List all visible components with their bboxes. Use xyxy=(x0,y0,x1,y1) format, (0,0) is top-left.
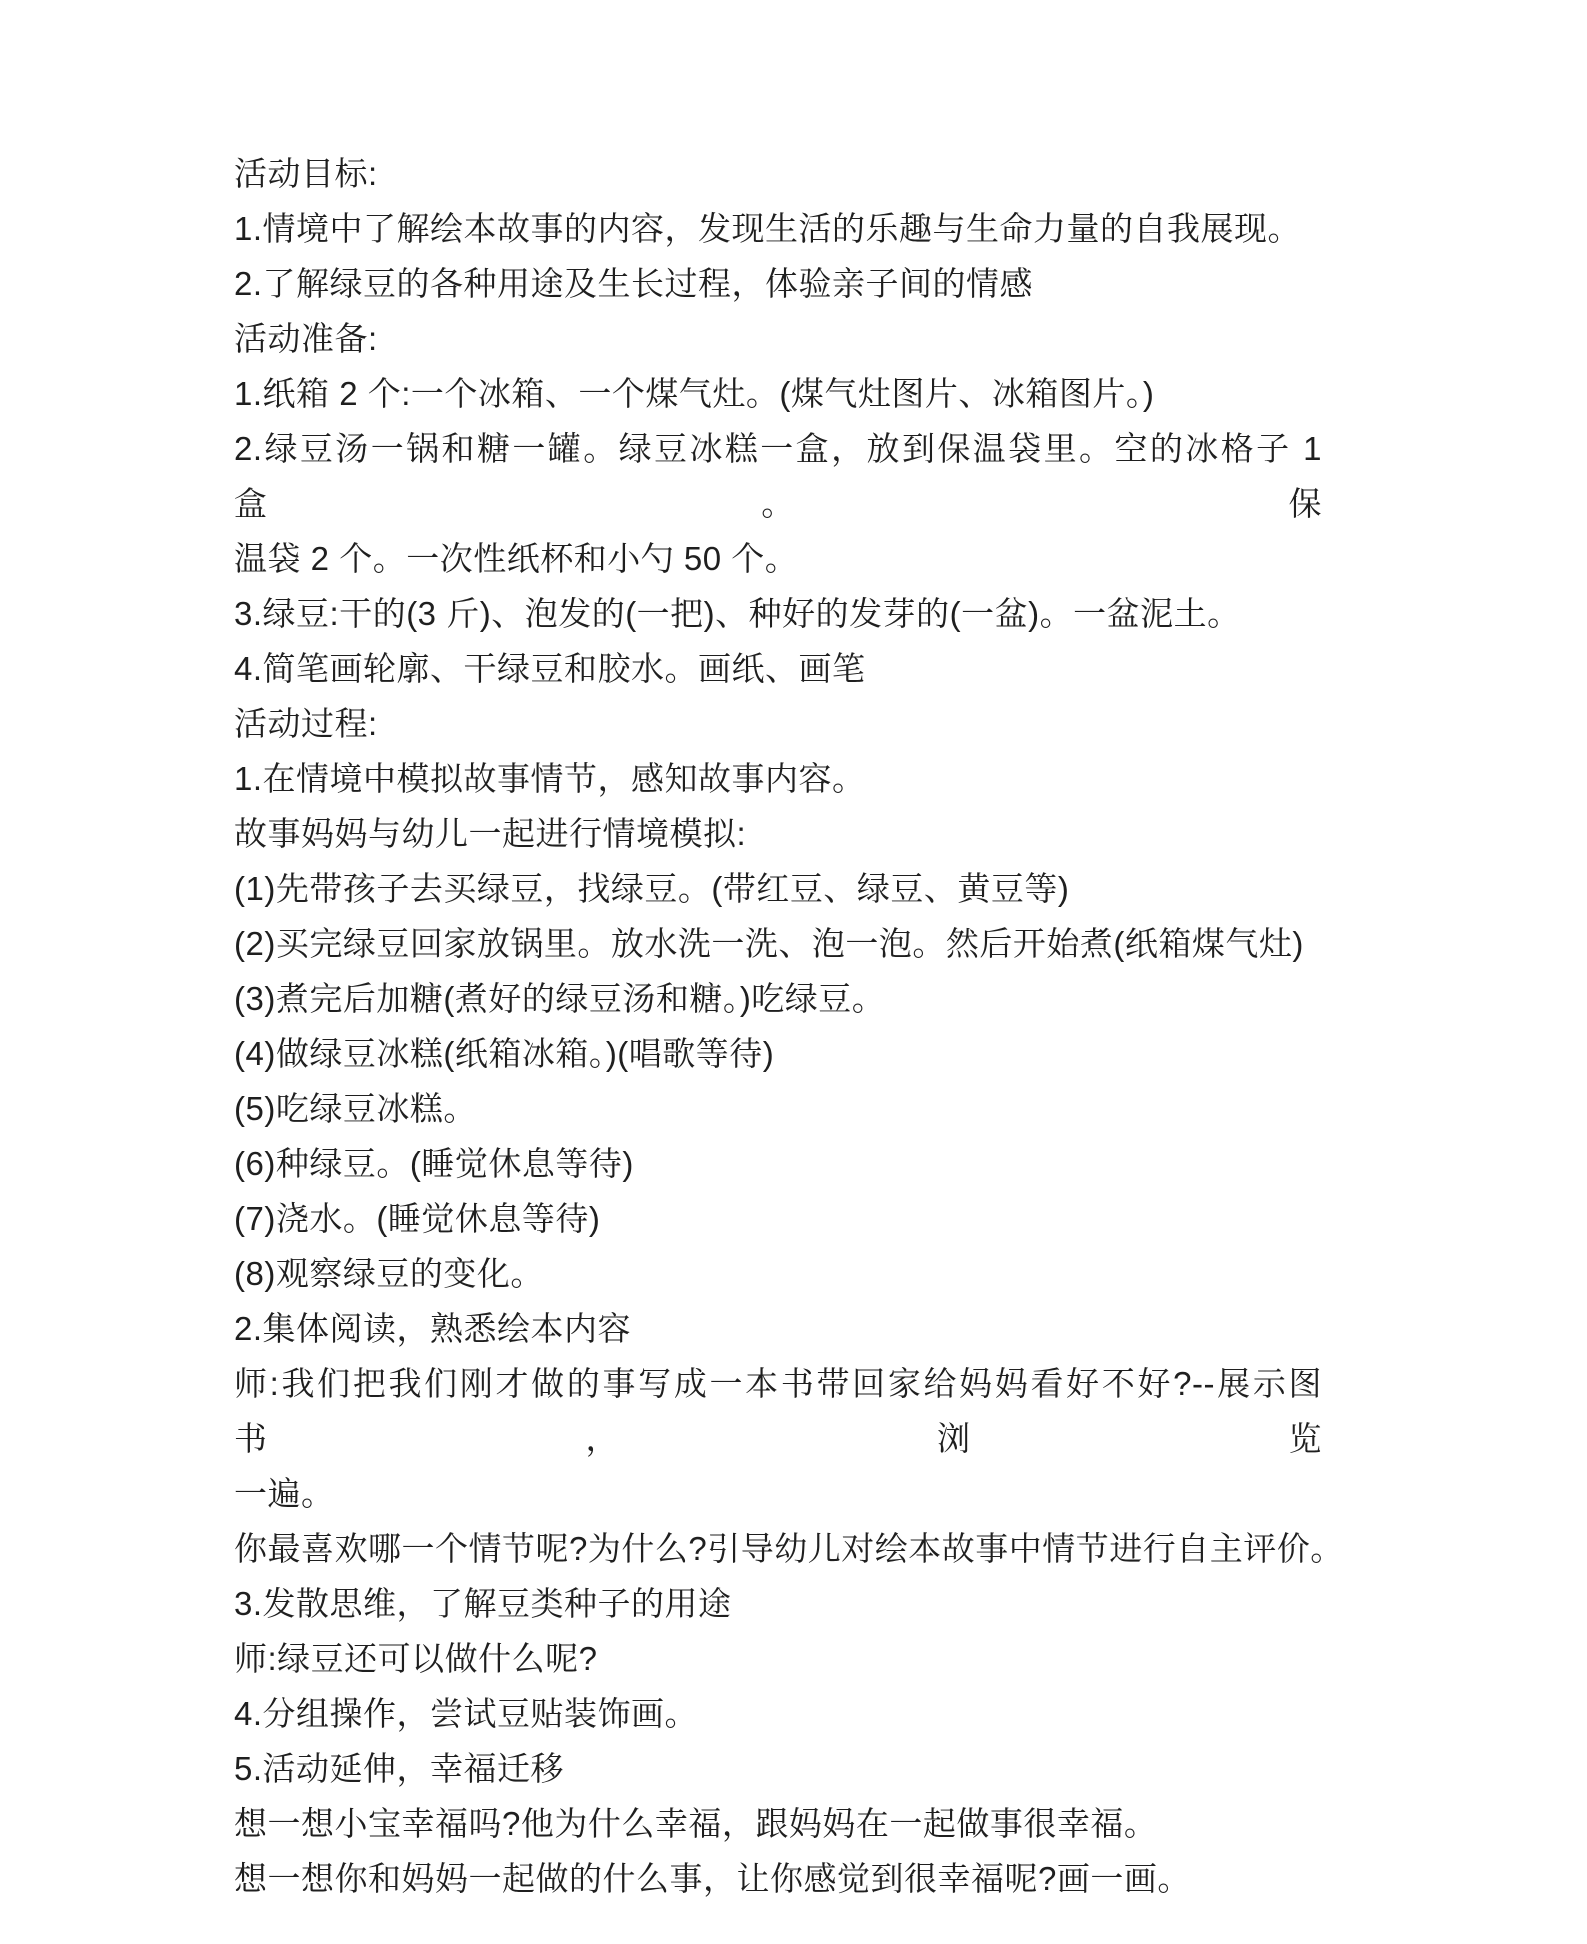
heading-activity-process: 活动过程: xyxy=(234,696,1322,751)
prep-item-1: 1.纸箱 2 个:一个冰箱、一个煤气灶。(煤气灶图片、冰箱图片。) xyxy=(234,366,1322,421)
process-substep-2: (2)买完绿豆回家放锅里。放水洗一洗、泡一泡。然后开始煮(纸箱煤气灶) xyxy=(234,916,1322,971)
process-step-4: 4.分组操作，尝试豆贴装饰画。 xyxy=(234,1686,1322,1741)
process-step-2: 2.集体阅读，熟悉绘本内容 xyxy=(234,1301,1322,1356)
process-step-1-intro: 故事妈妈与幼儿一起进行情境模拟: xyxy=(234,806,1322,861)
extension-prompt-1: 想一想小宝幸福吗?他为什么幸福，跟妈妈在一起做事很幸福。 xyxy=(234,1796,1322,1851)
process-substep-8: (8)观察绿豆的变化。 xyxy=(234,1246,1322,1301)
teacher-line-1b: 一遍。 xyxy=(234,1466,1322,1521)
prep-item-3: 3.绿豆:干的(3 斤)、泡发的(一把)、种好的发芽的(一盆)。一盆泥土。 xyxy=(234,586,1322,641)
process-step-1: 1.在情境中模拟故事情节，感知故事内容。 xyxy=(234,751,1322,806)
process-substep-3: (3)煮完后加糖(煮好的绿豆汤和糖。)吃绿豆。 xyxy=(234,971,1322,1026)
extension-prompt-2: 想一想你和妈妈一起做的什么事，让你感觉到很幸福呢?画一画。 xyxy=(234,1851,1322,1906)
heading-activity-preparation: 活动准备: xyxy=(234,311,1322,366)
evaluation-prompt: 你最喜欢哪一个情节呢?为什么?引导幼儿对绘本故事中情节进行自主评价。 xyxy=(234,1521,1322,1576)
process-step-5: 5.活动延伸，幸福迁移 xyxy=(234,1741,1322,1796)
document-content: 活动目标: 1.情境中了解绘本故事的内容，发现生活的乐趣与生命力量的自我展现。 … xyxy=(234,146,1322,1906)
process-substep-4: (4)做绿豆冰糕(纸箱冰箱。)(唱歌等待) xyxy=(234,1026,1322,1081)
teacher-question: 师:绿豆还可以做什么呢? xyxy=(234,1631,1322,1686)
goal-item-1: 1.情境中了解绘本故事的内容，发现生活的乐趣与生命力量的自我展现。 xyxy=(234,201,1322,256)
prep-item-2-line-1: 2.绿豆汤一锅和糖一罐。绿豆冰糕一盒，放到保温袋里。空的冰格子 1 盒。保 xyxy=(234,421,1322,531)
process-substep-5: (5)吃绿豆冰糕。 xyxy=(234,1081,1322,1136)
heading-activity-goals: 活动目标: xyxy=(234,146,1322,201)
prep-item-2-line-2: 温袋 2 个。一次性纸杯和小勺 50 个。 xyxy=(234,531,1322,586)
document-page: 活动目标: 1.情境中了解绘本故事的内容，发现生活的乐趣与生命力量的自我展现。 … xyxy=(0,0,1587,1944)
process-substep-1: (1)先带孩子去买绿豆，找绿豆。(带红豆、绿豆、黄豆等) xyxy=(234,861,1322,916)
prep-item-4: 4.简笔画轮廓、干绿豆和胶水。画纸、画笔 xyxy=(234,641,1322,696)
process-substep-6: (6)种绿豆。(睡觉休息等待) xyxy=(234,1136,1322,1191)
teacher-line-1a: 师:我们把我们刚才做的事写成一本书带回家给妈妈看好不好?--展示图书，浏览 xyxy=(234,1356,1322,1466)
process-step-3: 3.发散思维，了解豆类种子的用途 xyxy=(234,1576,1322,1631)
process-substep-7: (7)浇水。(睡觉休息等待) xyxy=(234,1191,1322,1246)
goal-item-2: 2.了解绿豆的各种用途及生长过程，体验亲子间的情感 xyxy=(234,256,1322,311)
